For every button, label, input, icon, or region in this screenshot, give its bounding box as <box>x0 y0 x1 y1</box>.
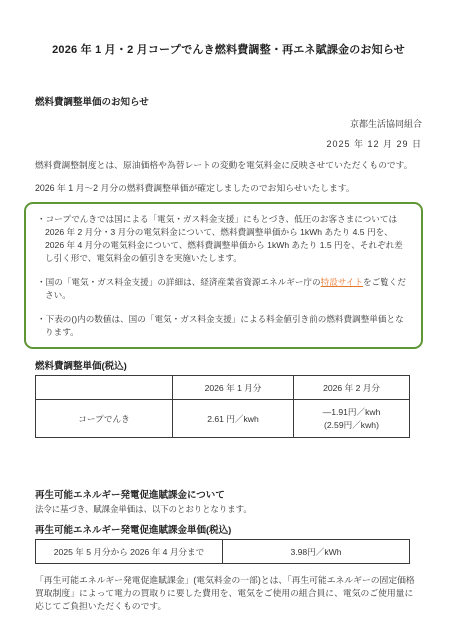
fuel-table-header-jan: 2026 年 1 月分 <box>173 376 294 400</box>
renewable-levy-description: 法令に基づき、賦課金単価は、以下のとおりとなります。 <box>35 504 422 515</box>
government-support-notice-box: ・コープでんきでは国による「電気・ガス料金支援」にもとづき、低圧のお客さまについ… <box>24 202 423 349</box>
renewable-levy-price: 3.98円／kWh <box>223 540 410 564</box>
notice-bullet-details-pre: ・国の「電気・ガス料金支援」の詳細は、経済産業省資源エネルギー庁の <box>37 277 321 287</box>
notice-bullet-discount: ・コープでんきでは国による「電気・ガス料金支援」にもとづき、低圧のお客さまについ… <box>37 213 410 265</box>
fuel-adjustment-announcement: 2026 年 1 月～2 月分の燃料費調整単価が確定しましたのでお知らせいたしま… <box>35 182 422 195</box>
fuel-adjustment-table: 2026 年 1 月分 2026 年 2 月分 コープでんき 2.61 円／kw… <box>35 375 410 438</box>
fuel-table-empty-header <box>36 376 173 400</box>
fuel-adjustment-description: 燃料費調整制度とは、原油価格や為替レートの変動を電気料金に反映させていただくもの… <box>35 159 422 172</box>
renewable-levy-table: 2025 年 5 月分から 2026 年 4 月分まで 3.98円／kWh <box>35 539 410 564</box>
fuel-table-header-row: 2026 年 1 月分 2026 年 2 月分 <box>36 376 410 400</box>
fuel-table-jan-value: 2.61 円／kwh <box>173 400 294 438</box>
document-page: 2026 年 1 月・2 月コープでんき燃料費調整・再エネ賦課金のお知らせ 燃料… <box>0 0 450 636</box>
fuel-table-feb-value-original: (2.59円／kwh) <box>294 419 409 432</box>
fuel-table-row-label: コープでんき <box>36 400 173 438</box>
fuel-adjustment-notice-heading: 燃料費調整単価のお知らせ <box>35 97 422 108</box>
special-site-link[interactable]: 特設サイト <box>321 277 363 287</box>
issue-date: 2025 年 12 月 29 日 <box>35 139 422 150</box>
notice-bullet-details: ・国の「電気・ガス料金支援」の詳細は、経済産業省資源エネルギー庁の特設サイトをご… <box>37 276 410 302</box>
renewable-levy-table-heading: 再生可能エネルギー発電促進賦課金単価(税込) <box>35 525 422 536</box>
fuel-table-feb-value-discounted: —1.91円／kwh <box>294 406 409 419</box>
renewable-levy-period: 2025 年 5 月分から 2026 年 4 月分まで <box>36 540 223 564</box>
fuel-table-heading: 燃料費調整単価(税込) <box>35 361 422 372</box>
organization-name: 京都生活協同組合 <box>35 119 422 130</box>
fuel-table-feb-value: —1.91円／kwh (2.59円／kwh) <box>294 400 410 438</box>
renewable-levy-note: 「再生可能エネルギー発電促進賦課金」(電気料金の一部)とは、「再生可能エネルギー… <box>35 574 422 613</box>
renewable-levy-heading: 再生可能エネルギー発電促進賦課金について <box>35 490 422 501</box>
fuel-table-header-feb: 2026 年 2 月分 <box>294 376 410 400</box>
notice-bullet-parentheses: ・下表の()内の数値は、国の「電気・ガス料金支援」による料金値引き前の燃料費調整… <box>37 313 410 339</box>
fuel-table-data-row: コープでんき 2.61 円／kwh —1.91円／kwh (2.59円／kwh) <box>36 400 410 438</box>
renewable-levy-row: 2025 年 5 月分から 2026 年 4 月分まで 3.98円／kWh <box>36 540 410 564</box>
document-title: 2026 年 1 月・2 月コープでんき燃料費調整・再エネ賦課金のお知らせ <box>35 44 422 57</box>
